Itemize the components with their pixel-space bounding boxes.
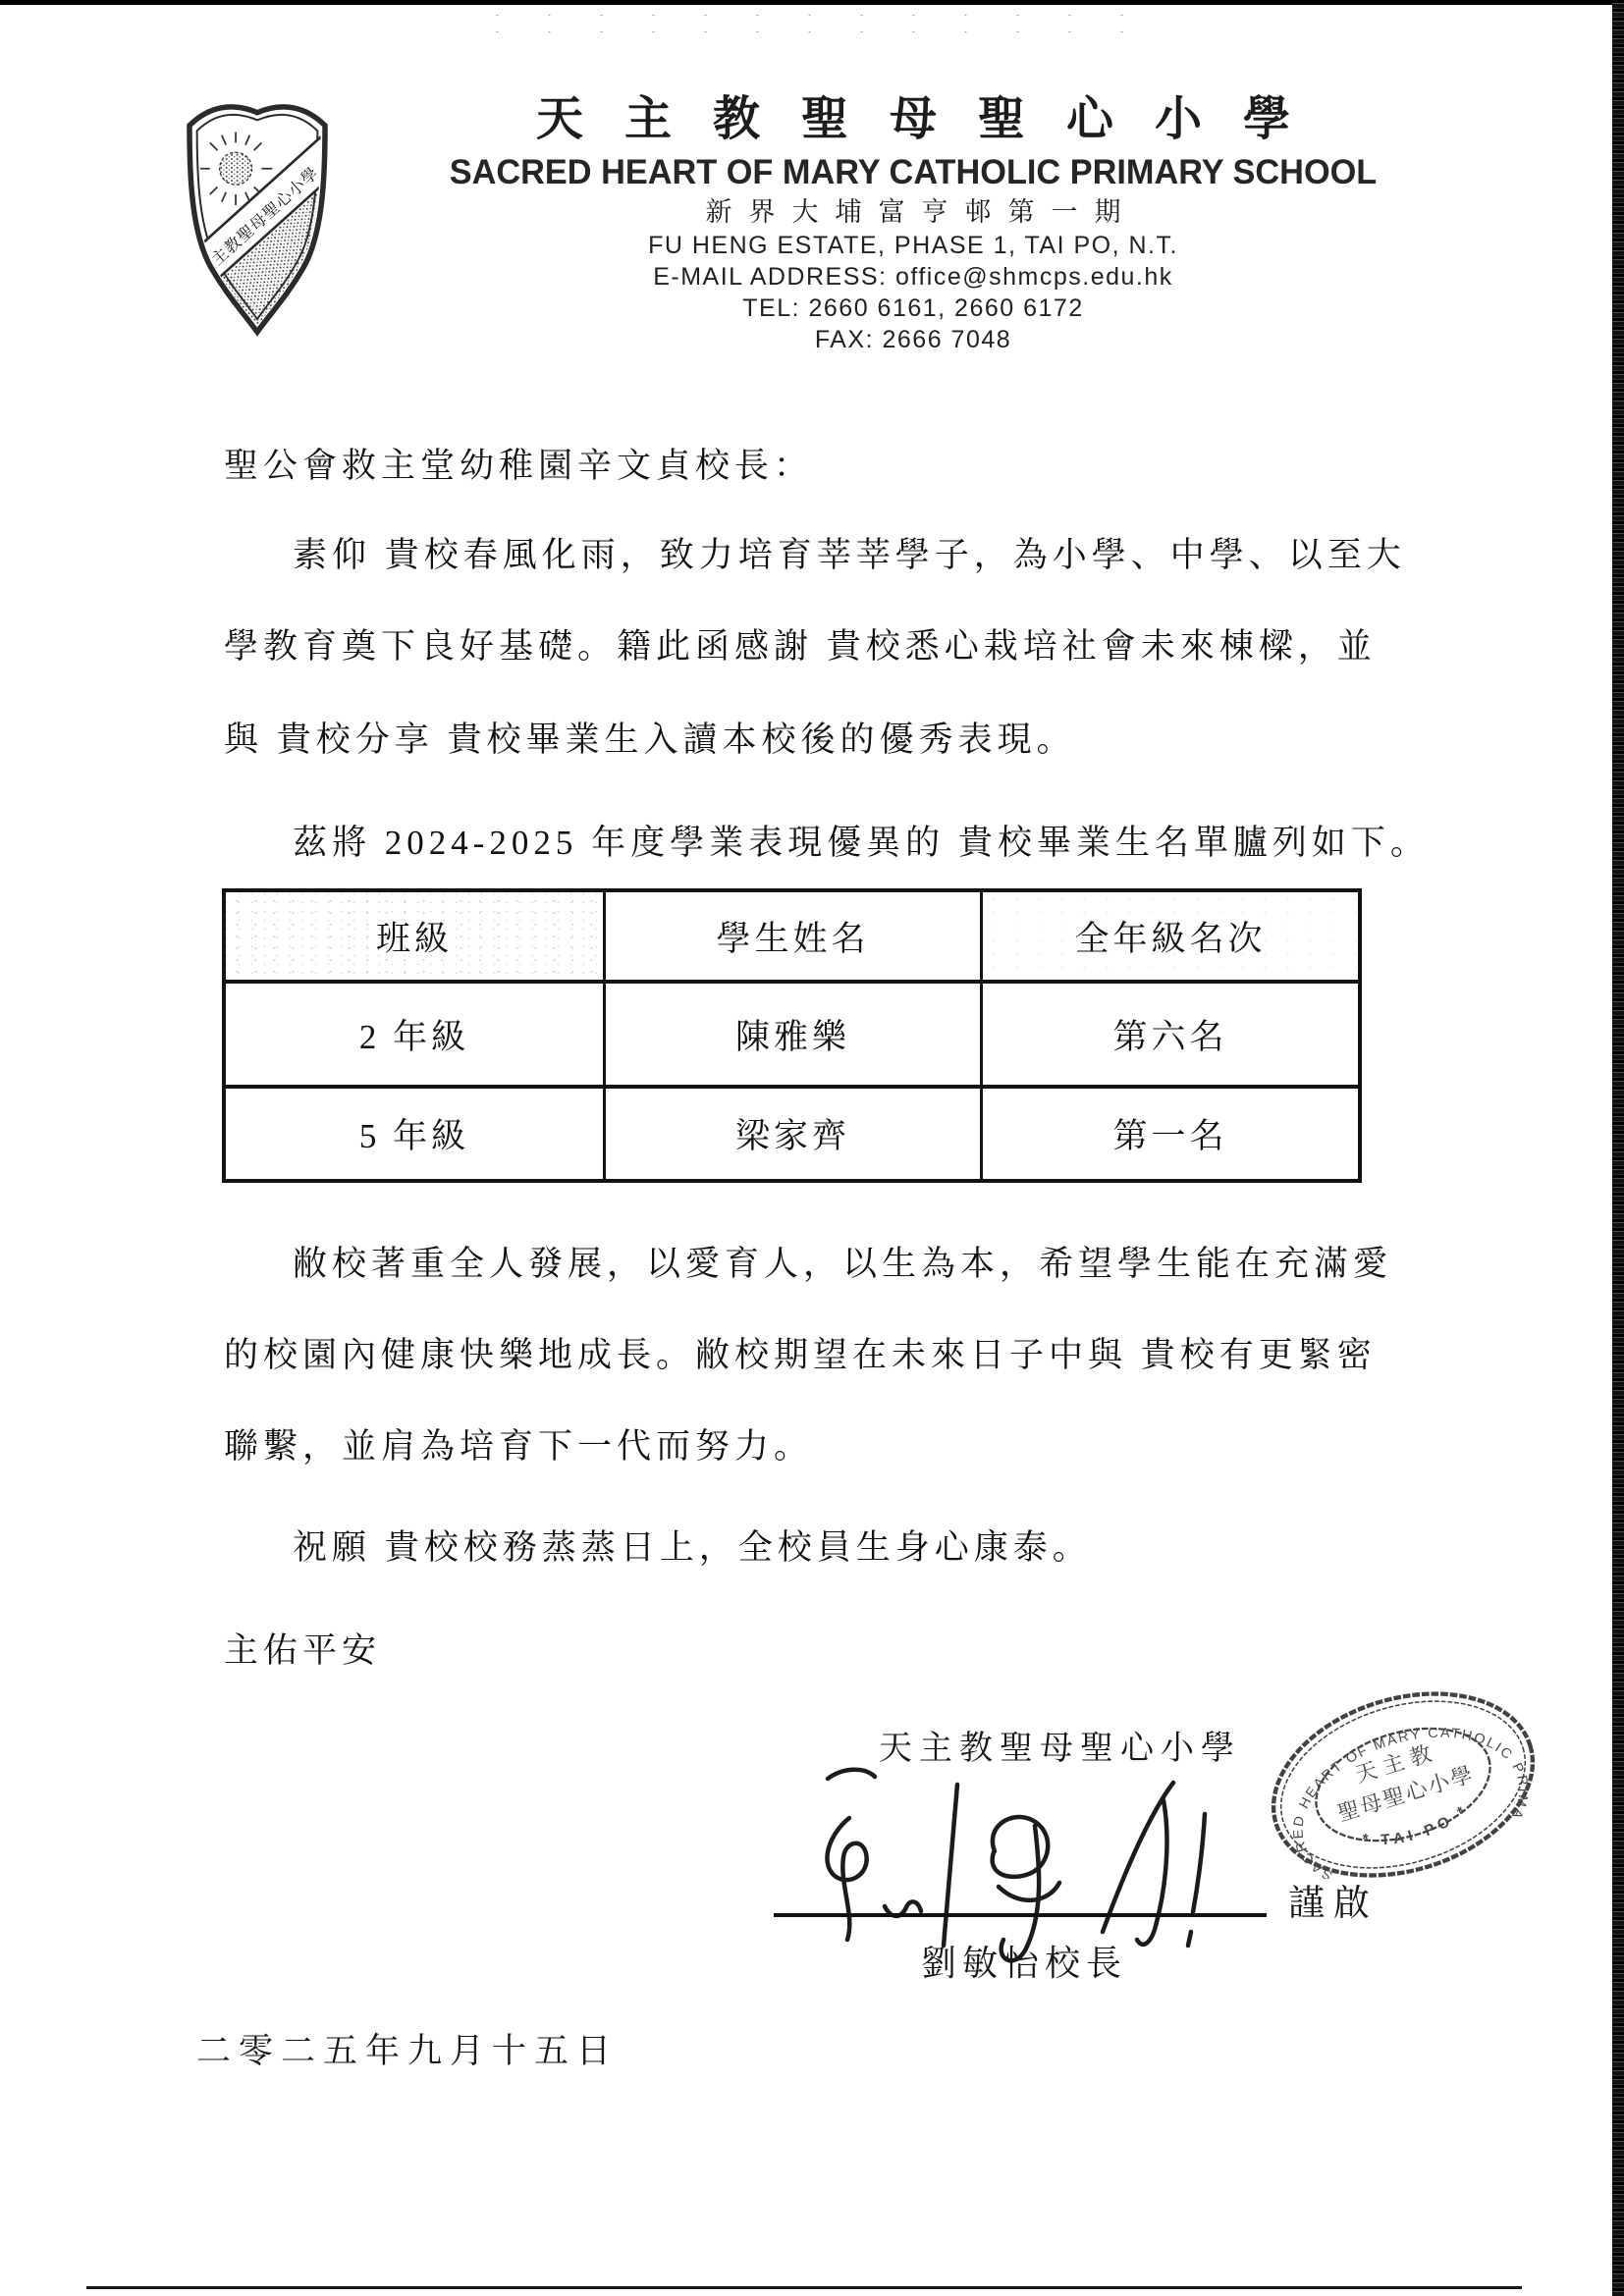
table-cell-rank: 第一名 [983,1089,1358,1179]
signer-name-title: 劉敏怡校長 [921,1936,1127,1986]
scan-speckle-top [471,7,1139,48]
table-cell-grade: 2 年級 [226,984,606,1089]
table-header-student-name: 學生姓名 [606,892,983,984]
salutation-line: 聖公會救主堂幼稚園辛文貞校長： [224,439,813,488]
signature-line [774,1913,1267,1917]
scan-edge-right [1612,0,1624,2296]
letter-date: 二零二五年九月十五日 [196,2024,619,2073]
signature-closing: 謹啟 [1288,1873,1379,1926]
scan-edge-top [0,0,1624,5]
table-cell-name: 陳雅樂 [606,984,983,1089]
table-header-rank: 全年級名次 [983,892,1358,984]
body-line-1: 素仰 貴校春風化雨，致力培育莘莘學子，為小學、中學、以至大 [224,528,1406,577]
scan-edge-bottom [86,2286,1522,2289]
school-address-zh: 新界大埔富亨邨第一期 [412,199,1414,226]
table-cell-grade: 5 年級 [226,1089,606,1179]
school-name-en: SACRED HEART OF MARY CATHOLIC PRIMARY SC… [422,155,1404,189]
scanned-letter-page: 天主教聖母聖心小學 天主教聖母聖心小學 SACRED HEART OF MARY… [0,0,1624,2296]
body-line-4: 茲將 2024-2025 年度學業表現優異的 貴校畢業生名單臚列如下。 [224,816,1430,865]
school-address-en: FU HENG ESTATE, PHASE 1, TAI PO, N.T. [412,234,1414,258]
school-fax: FAX: 2666 7048 [412,328,1414,352]
body-line-8: 祝願 貴校校務蒸蒸日上，全校員生身心康泰。 [224,1521,1092,1570]
table-cell-name: 梁家齊 [606,1089,983,1179]
body-line-7: 聯繫，並肩為培育下一代而努力。 [224,1419,813,1468]
body-line-2: 學教育奠下良好基礎。籍此函感謝 貴校悉心栽培社會未來棟樑，並 [224,619,1377,668]
letterhead: 天主教聖母聖心小學 SACRED HEART OF MARY CATHOLIC … [412,96,1414,359]
body-line-5: 敝校著重全人發展，以愛育人，以生為本，希望學生能在充滿愛 [224,1237,1392,1286]
body-line-6: 的校園內健康快樂地成長。敝校期望在未來日子中與 貴校有更緊密 [224,1328,1377,1377]
table-header-class: 班級 [226,892,606,984]
table-cell-rank: 第六名 [983,984,1358,1089]
graduates-results-table: 班級 學生姓名 全年級名次 2 年級 陳雅樂 第六名 5 年級 梁家齊 第一名 [222,888,1362,1183]
school-email: E-MAIL ADDRESS: office@shmcps.edu.hk [412,265,1414,290]
school-tel: TEL: 2660 6161, 2660 6172 [412,296,1414,321]
school-name-zh: 天主教聖母聖心小學 [412,96,1414,143]
blessing-line: 主佑平安 [224,1624,381,1673]
school-crest-logo: 天主教聖母聖心小學 [175,93,340,341]
body-line-3: 與 貴校分享 貴校畢業生入讀本校後的優秀表現。 [224,713,1076,762]
school-seal-stamp: SACRED HEART OF MARY CATHOLIC PRIMARY SC… [1261,1690,1545,1879]
